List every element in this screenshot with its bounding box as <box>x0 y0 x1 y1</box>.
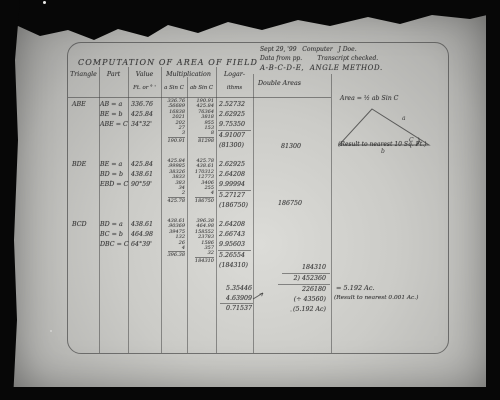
mult-a-work: 438.61 .90369 39475 132 26 4 396.38 <box>161 219 185 259</box>
col-header-ab-sinc: ab Sin C <box>187 84 216 92</box>
part-cell: ABE = C <box>100 120 128 130</box>
mult-ab-lines: 396.38 464.98 158552 23783 1586 357 32 <box>187 219 214 257</box>
value-cell: 90°59' <box>131 180 152 190</box>
triangle-name: BCD <box>72 220 87 230</box>
photograph-of-computation-sheet: COMPUTATION OF AREA OF FIELD Triangle Pa… <box>0 0 500 400</box>
log-cell: 2.52732 <box>219 100 245 110</box>
column-divider <box>331 74 332 353</box>
summary-log-dividend: 5.35446 <box>216 284 252 294</box>
col-header-value-units: Ft. or ° ' <box>128 84 161 92</box>
value-cell: 425.84 <box>131 160 153 170</box>
col-header-log1: Logar- <box>216 70 253 80</box>
column-divider <box>253 74 254 353</box>
value-cell: 336.76 <box>131 100 153 110</box>
mult-a-lines: 336.76 .56689 16838 2021 202 27 3 <box>161 99 185 137</box>
plate-edge-bottom <box>0 387 500 400</box>
triangle-name: ABE <box>72 100 86 110</box>
divisor-arrow <box>252 291 266 301</box>
log-result: (186750) <box>219 201 248 211</box>
col-header-part: Part <box>99 70 128 80</box>
log-sum: 4.91007 <box>219 131 245 141</box>
mult-ab-total: 81298 <box>198 137 214 144</box>
log-cell: 2.64208 <box>219 220 245 230</box>
mult-ab-lines: 190.91 425.84 76364 3818 955 153 8 <box>187 99 214 137</box>
mult-ab-total: 184310 <box>195 257 214 264</box>
mult-a-total: 190.91 <box>168 137 186 144</box>
method-line: A-B-C-D-E, ANGLE METHOD. <box>260 64 383 72</box>
col-header-triangle: Triangle <box>68 70 99 80</box>
value-cell: 425.84 <box>131 110 153 120</box>
col-header-log2: ithms <box>216 84 253 92</box>
log-cell: 2.66743 <box>219 230 245 240</box>
log-cell: 2.62925 <box>219 160 245 170</box>
summary-result-acres: = 5.192 Ac. <box>336 284 375 292</box>
summary-acres-paren: (5.192 Ac) <box>264 305 326 315</box>
side-b-label: b <box>381 148 385 155</box>
mult-ab-total: 186750 <box>195 197 214 204</box>
value-cell: 34°32' <box>131 120 152 130</box>
mult-ab-work: 396.38 464.98 158552 23783 1586 357 32 1… <box>187 219 214 264</box>
summary-result-note: (Result to nearest 0.001 Ac.) <box>334 295 418 301</box>
double-area-value: 81300 <box>281 142 301 152</box>
part-cell: EBD = C <box>100 180 128 190</box>
summary-division: 2) 452360 <box>264 274 326 284</box>
log-cell: 2.64208 <box>219 170 245 180</box>
value-cell: 64°39' <box>131 240 152 250</box>
area-formula: Area = ½ ab Sin C <box>340 95 398 102</box>
log-result: (81300) <box>219 141 244 151</box>
mult-a-work: 425.84 .99985 38326 3833 383 34 2 425.78 <box>161 159 185 204</box>
column-divider <box>128 67 129 353</box>
value-cell: 464.98 <box>131 230 153 240</box>
part-cell: AB = a <box>100 100 122 110</box>
value-cell: 438.61 <box>131 220 153 230</box>
log-sum: 5.27127 <box>219 191 245 201</box>
summary-half-sum: 226180 <box>264 285 326 295</box>
part-cell: BC = b <box>100 230 123 240</box>
part-cell: BD = a <box>100 220 123 230</box>
mult-a-total: 425.78 <box>168 197 186 204</box>
dust-speck <box>43 1 46 4</box>
part-cell: DBC = C <box>100 240 129 250</box>
summary-divide-note: (÷ 43560) <box>264 295 326 305</box>
date-computer-line: Sept 29, '99 Computer J Doe. <box>260 45 357 54</box>
col-header-double-areas: Double Areas <box>258 79 301 89</box>
result-note-sqft: (Result to nearest 10 Sq. Ft.) <box>338 140 426 149</box>
part-cell: BD = b <box>100 170 123 180</box>
log-cell: 2.62925 <box>219 110 245 120</box>
col-header-multiplication: Multiplication <box>161 70 216 80</box>
summary-bcd-double-area: 184310 <box>264 263 326 273</box>
mult-a-total: 396.38 <box>168 251 186 258</box>
log-cell: 9.99994 <box>219 180 245 190</box>
mult-a-work: 336.76 .56689 16838 2021 202 27 3 190.91 <box>161 99 185 144</box>
source-line: Data from pp. Transcript checked. <box>260 54 378 63</box>
summary-log-quotient: 0.71537 <box>216 304 252 314</box>
part-cell: BE = a <box>100 160 122 170</box>
part-cell: BE = b <box>100 110 123 120</box>
log-cell: 9.95603 <box>219 240 245 250</box>
form-title: COMPUTATION OF AREA OF FIELD <box>78 58 258 67</box>
mult-a-lines: 425.84 .99985 38326 3833 383 34 2 <box>161 159 185 197</box>
log-cell: 9.75350 <box>219 120 245 130</box>
mult-ab-work: 190.91 425.84 76364 3818 955 153 8 81298 <box>187 99 214 144</box>
double-area-value: 186750 <box>278 199 302 209</box>
mult-ab-lines: 425.78 438.61 170312 12773 3406 255 4 <box>187 159 214 197</box>
log-result: (184310) <box>219 261 248 271</box>
mult-ab-work: 425.78 438.61 170312 12773 3406 255 4 18… <box>187 159 214 204</box>
side-a-label: a <box>402 115 406 122</box>
plate-edge-right <box>486 0 500 400</box>
value-cell: 438.61 <box>131 170 153 180</box>
col-header-a-sinc: a Sin C <box>161 84 187 92</box>
col-header-value: Value <box>128 70 161 80</box>
mult-a-lines: 438.61 .90369 39475 132 26 4 <box>161 219 185 251</box>
triangle-name: BDE <box>72 160 86 170</box>
computation-form: COMPUTATION OF AREA OF FIELD Triangle Pa… <box>67 42 449 354</box>
log-sum: 5.26554 <box>219 251 245 261</box>
